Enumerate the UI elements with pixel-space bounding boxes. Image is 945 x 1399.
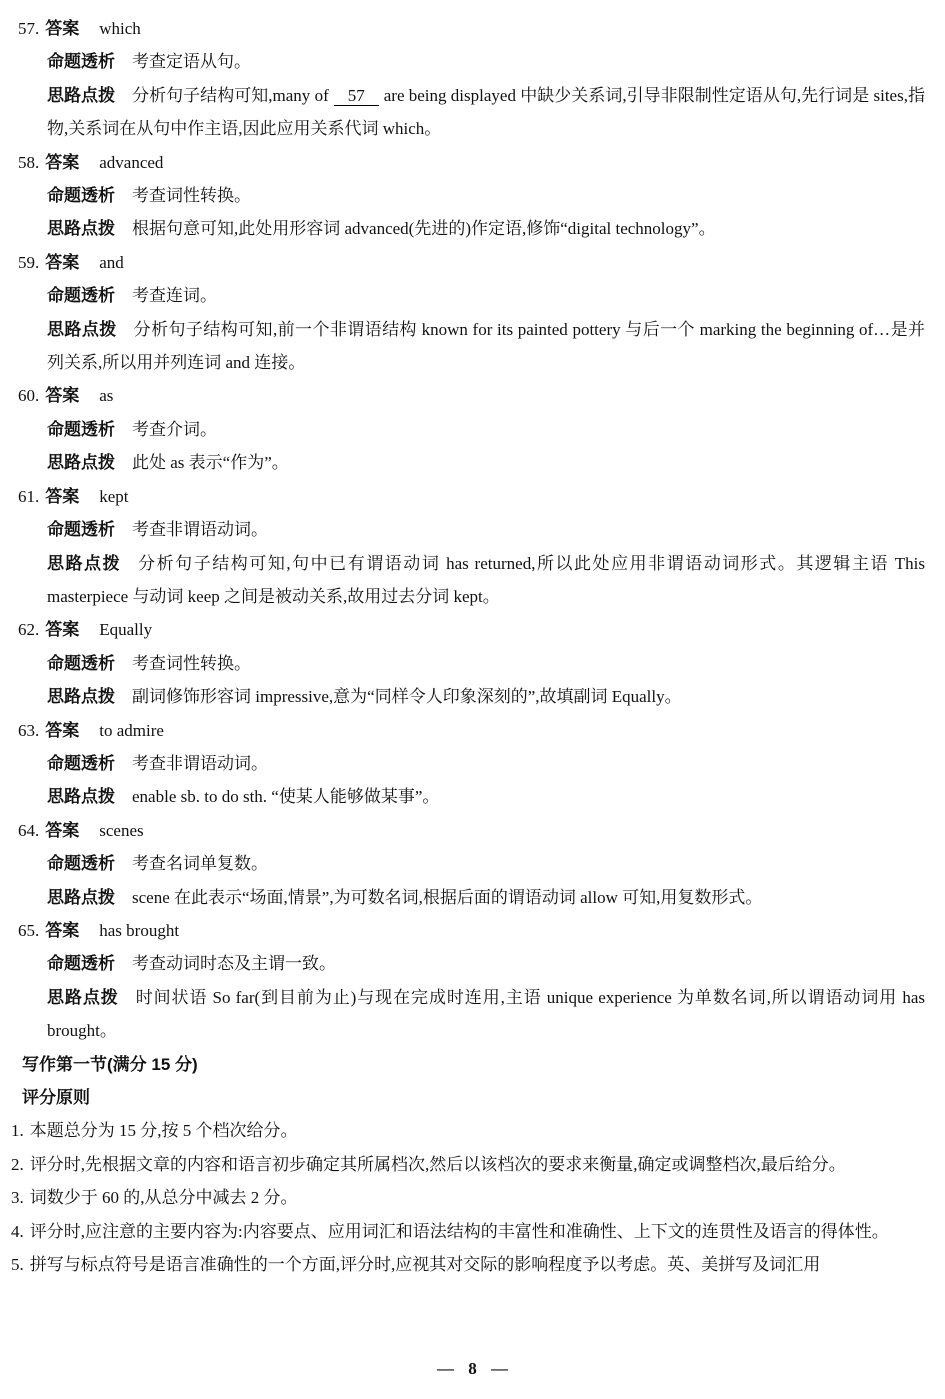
- guidance-label: 思路点拨: [47, 787, 115, 806]
- guidance-label: 思路点拨: [47, 453, 115, 472]
- scoring-rule: 4.评分时,应注意的主要内容为:内容要点、应用词汇和语法结构的丰富性和准确性、上…: [0, 1215, 925, 1248]
- rule-text: 评分时,应注意的主要内容为:内容要点、应用词汇和语法结构的丰富性和准确性、上下文…: [30, 1222, 889, 1241]
- analysis-para: 命题透析考查动词时态及主谓一致。: [47, 947, 925, 980]
- guidance-label: 思路点拨: [47, 988, 119, 1007]
- answer-value: scenes: [99, 821, 143, 840]
- answer-label: 答案: [45, 821, 79, 840]
- answer-line: 57.答案which: [18, 12, 925, 45]
- guidance-label: 思路点拨: [47, 554, 121, 573]
- qa-item: 64.答案scenes命题透析考查名词单复数。思路点拨scene 在此表示“场面…: [0, 814, 925, 914]
- page-number: — 8 —: [437, 1359, 508, 1378]
- analysis-label: 命题透析: [47, 520, 115, 539]
- answer-value: kept: [99, 487, 128, 506]
- analysis-label: 命题透析: [47, 286, 115, 305]
- scoring-rule: 2.评分时,先根据文章的内容和语言初步确定其所属档次,然后以该档次的要求来衡量,…: [0, 1148, 925, 1181]
- qa-item: 58.答案advanced命题透析考查词性转换。思路点拨根据句意可知,此处用形容…: [0, 146, 925, 246]
- scoring-principles-title: 评分原则: [22, 1081, 925, 1114]
- analysis-label: 命题透析: [47, 954, 115, 973]
- guidance-text: 分析句子结构可知,many of: [132, 86, 329, 105]
- answer-label: 答案: [45, 620, 79, 639]
- item-number: 58.: [18, 153, 39, 172]
- answer-label: 答案: [45, 921, 79, 940]
- analysis-text: 考查词性转换。: [132, 654, 251, 673]
- item-number: 65.: [18, 921, 39, 940]
- qa-item: 60.答案as命题透析考查介词。思路点拨此处 as 表示“作为”。: [0, 379, 925, 479]
- answer-value: has brought: [99, 921, 179, 940]
- analysis-label: 命题透析: [47, 186, 115, 205]
- guidance-text: 分析句子结构可知,句中已有谓语动词 has returned,所以此处应用非谓语…: [47, 554, 925, 606]
- guidance-label: 思路点拨: [47, 687, 115, 706]
- scoring-rule: 1.本题总分为 15 分,按 5 个档次给分。: [0, 1114, 925, 1147]
- analysis-para: 命题透析考查定语从句。: [47, 45, 925, 78]
- guidance-para: 思路点拨enable sb. to do sth. “使某人能够做某事”。: [47, 780, 925, 813]
- document-page: 57.答案which命题透析考查定语从句。思路点拨分析句子结构可知,many o…: [0, 0, 945, 1399]
- item-number: 63.: [18, 721, 39, 740]
- guidance-para: 思路点拨此处 as 表示“作为”。: [47, 446, 925, 479]
- analysis-text: 考查非谓语动词。: [132, 520, 268, 539]
- guidance-text: enable sb. to do sth. “使某人能够做某事”。: [132, 787, 439, 806]
- answer-value: Equally: [99, 620, 152, 639]
- scoring-rules-list: 1.本题总分为 15 分,按 5 个档次给分。2.评分时,先根据文章的内容和语言…: [0, 1114, 925, 1281]
- analysis-text: 考查词性转换。: [132, 186, 251, 205]
- analysis-para: 命题透析考查介词。: [47, 413, 925, 446]
- analysis-para: 命题透析考查非谓语动词。: [47, 747, 925, 780]
- analysis-para: 命题透析考查非谓语动词。: [47, 513, 925, 546]
- answer-value: to admire: [99, 721, 164, 740]
- analysis-label: 命题透析: [47, 420, 115, 439]
- guidance-label: 思路点拨: [47, 320, 117, 339]
- answer-label: 答案: [45, 153, 79, 172]
- analysis-label: 命题透析: [47, 854, 115, 873]
- item-number: 60.: [18, 386, 39, 405]
- qa-item: 65.答案has brought命题透析考查动词时态及主谓一致。思路点拨时间状语…: [0, 914, 925, 1048]
- guidance-para: 思路点拨副词修饰形容词 impressive,意为“同样令人印象深刻的”,故填副…: [47, 680, 925, 713]
- answer-label: 答案: [45, 487, 79, 506]
- qa-item: 61.答案kept命题透析考查非谓语动词。思路点拨分析句子结构可知,句中已有谓语…: [0, 480, 925, 614]
- numbered-blank: 57: [334, 86, 379, 106]
- guidance-text: 根据句意可知,此处用形容词 advanced(先进的)作定语,修饰“digita…: [132, 219, 716, 238]
- guidance-label: 思路点拨: [47, 219, 115, 238]
- analysis-text: 考查名词单复数。: [132, 854, 268, 873]
- answer-line: 59.答案and: [18, 246, 925, 279]
- analysis-label: 命题透析: [47, 754, 115, 773]
- guidance-text: scene 在此表示“场面,情景”,为可数名词,根据后面的谓语动词 allow …: [132, 888, 762, 907]
- answer-line: 58.答案advanced: [18, 146, 925, 179]
- analysis-text: 考查定语从句。: [132, 52, 251, 71]
- item-number: 57.: [18, 19, 39, 38]
- guidance-para: 思路点拨分析句子结构可知,句中已有谓语动词 has returned,所以此处应…: [47, 547, 925, 614]
- analysis-label: 命题透析: [47, 654, 115, 673]
- scoring-rule: 5.拼写与标点符号是语言准确性的一个方面,评分时,应视其对交际的影响程度予以考虑…: [0, 1248, 925, 1281]
- answer-label: 答案: [45, 253, 79, 272]
- answer-line: 62.答案Equally: [18, 613, 925, 646]
- rule-number: 2.: [11, 1155, 24, 1174]
- analysis-text: 考查动词时态及主谓一致。: [132, 954, 336, 973]
- qa-item: 59.答案and命题透析考查连词。思路点拨分析句子结构可知,前一个非谓语结构 k…: [0, 246, 925, 380]
- answer-line: 60.答案as: [18, 379, 925, 412]
- analysis-text: 考查介词。: [132, 420, 217, 439]
- rule-number: 5.: [11, 1255, 24, 1274]
- analysis-para: 命题透析考查词性转换。: [47, 179, 925, 212]
- guidance-para: 思路点拨时间状语 So far(到目前为止)与现在完成时连用,主语 unique…: [47, 981, 925, 1048]
- item-number: 61.: [18, 487, 39, 506]
- guidance-text: 副词修饰形容词 impressive,意为“同样令人印象深刻的”,故填副词 Eq…: [132, 687, 682, 706]
- answer-value: as: [99, 386, 113, 405]
- answer-label: 答案: [45, 19, 79, 38]
- rule-number: 1.: [11, 1121, 24, 1140]
- writing-section-title: 写作第一节(满分 15 分): [22, 1048, 925, 1081]
- qa-item: 63.答案to admire命题透析考查非谓语动词。思路点拨enable sb.…: [0, 714, 925, 814]
- guidance-para: 思路点拨分析句子结构可知,many of57are being displaye…: [47, 79, 925, 146]
- rule-text: 词数少于 60 的,从总分中减去 2 分。: [30, 1188, 298, 1207]
- writing-section: 写作第一节(满分 15 分) 评分原则 1.本题总分为 15 分,按 5 个档次…: [0, 1048, 925, 1282]
- analysis-text: 考查非谓语动词。: [132, 754, 268, 773]
- qa-item: 57.答案which命题透析考查定语从句。思路点拨分析句子结构可知,many o…: [0, 12, 925, 146]
- answer-line: 63.答案to admire: [18, 714, 925, 747]
- page-footer: — 8 —: [0, 1352, 945, 1385]
- analysis-para: 命题透析考查连词。: [47, 279, 925, 312]
- item-number: 64.: [18, 821, 39, 840]
- answer-value: advanced: [99, 153, 163, 172]
- guidance-para: 思路点拨根据句意可知,此处用形容词 advanced(先进的)作定语,修饰“di…: [47, 212, 925, 245]
- guidance-label: 思路点拨: [47, 86, 115, 105]
- guidance-text: 此处 as 表示“作为”。: [132, 453, 289, 472]
- answer-line: 64.答案scenes: [18, 814, 925, 847]
- guidance-text: 分析句子结构可知,前一个非谓语结构 known for its painted …: [47, 320, 925, 372]
- analysis-para: 命题透析考查词性转换。: [47, 647, 925, 680]
- analysis-para: 命题透析考查名词单复数。: [47, 847, 925, 880]
- rule-number: 3.: [11, 1188, 24, 1207]
- answer-line: 65.答案has brought: [18, 914, 925, 947]
- guidance-para: 思路点拨分析句子结构可知,前一个非谓语结构 known for its pain…: [47, 313, 925, 380]
- analysis-text: 考查连词。: [132, 286, 217, 305]
- scoring-rule: 3.词数少于 60 的,从总分中减去 2 分。: [0, 1181, 925, 1214]
- answer-value: which: [99, 19, 141, 38]
- guidance-label: 思路点拨: [47, 888, 115, 907]
- rule-text: 本题总分为 15 分,按 5 个档次给分。: [30, 1121, 298, 1140]
- answer-value: and: [99, 253, 124, 272]
- answer-label: 答案: [45, 721, 79, 740]
- rule-number: 4.: [11, 1222, 24, 1241]
- guidance-text: 时间状语 So far(到目前为止)与现在完成时连用,主语 unique exp…: [47, 988, 925, 1040]
- qa-item: 62.答案Equally命题透析考查词性转换。思路点拨副词修饰形容词 impre…: [0, 613, 925, 713]
- analysis-label: 命题透析: [47, 52, 115, 71]
- answer-line: 61.答案kept: [18, 480, 925, 513]
- rule-text: 拼写与标点符号是语言准确性的一个方面,评分时,应视其对交际的影响程度予以考虑。英…: [30, 1255, 821, 1274]
- qa-list: 57.答案which命题透析考查定语从句。思路点拨分析句子结构可知,many o…: [0, 12, 925, 1048]
- item-number: 62.: [18, 620, 39, 639]
- rule-text: 评分时,先根据文章的内容和语言初步确定其所属档次,然后以该档次的要求来衡量,确定…: [30, 1155, 846, 1174]
- item-number: 59.: [18, 253, 39, 272]
- guidance-para: 思路点拨scene 在此表示“场面,情景”,为可数名词,根据后面的谓语动词 al…: [47, 881, 925, 914]
- answer-label: 答案: [45, 386, 79, 405]
